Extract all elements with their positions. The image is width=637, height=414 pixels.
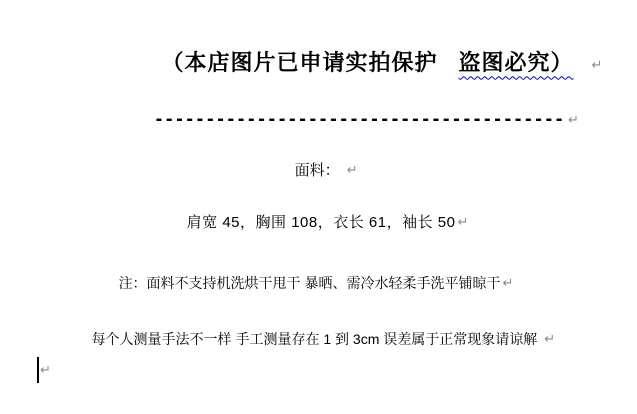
paragraph-mark-icon: ↵ (502, 275, 513, 290)
care-note-line: 注：面料不支持机洗烘干甩干 暴晒、需冷水轻柔手洗平铺晾干↵ (103, 259, 513, 307)
fabric-label-line: 面料：↵ (278, 145, 358, 197)
divider-dashes: ---------------------------------------- (156, 108, 566, 130)
measurements-text: 肩宽 45，胸围 108，衣长 61，袖长 50 (187, 214, 456, 231)
dashed-divider: ----------------------------------------… (119, 85, 579, 154)
title-flagged-text: 盗图必究） (458, 50, 573, 75)
measurements-line: 肩宽 45，胸围 108，衣长 61，袖长 50↵ (168, 197, 468, 249)
paragraph-mark-icon: ↵ (40, 362, 51, 378)
paragraph-mark-icon: ↵ (347, 162, 358, 177)
empty-paragraph-line[interactable]: ↵ (37, 357, 67, 384)
paragraph-mark-icon: ↵ (544, 331, 555, 346)
paragraph-mark-icon: ↵ (457, 214, 468, 229)
document-page[interactable]: （本店图片已申请实拍保护盗图必究）↵ ---------------------… (0, 0, 637, 414)
care-note-text: 注：面料不支持机洗烘干甩干 暴晒、需冷水轻柔手洗平铺晾干 (119, 275, 501, 291)
fabric-label: 面料： (295, 162, 340, 179)
disclaimer-line: 每个人测量手法不一样 手工测量存在 1 到 3cm 误差属于正常现象请谅解↵ (76, 315, 555, 363)
disclaimer-text: 每个人测量手法不一样 手工测量存在 1 到 3cm 误差属于正常现象请谅解 (92, 331, 538, 347)
paragraph-mark-icon: ↵ (591, 57, 602, 72)
paragraph-mark-icon: ↵ (568, 112, 579, 127)
title-text: （本店图片已申请实拍保护 (161, 50, 437, 75)
text-cursor (37, 357, 39, 383)
